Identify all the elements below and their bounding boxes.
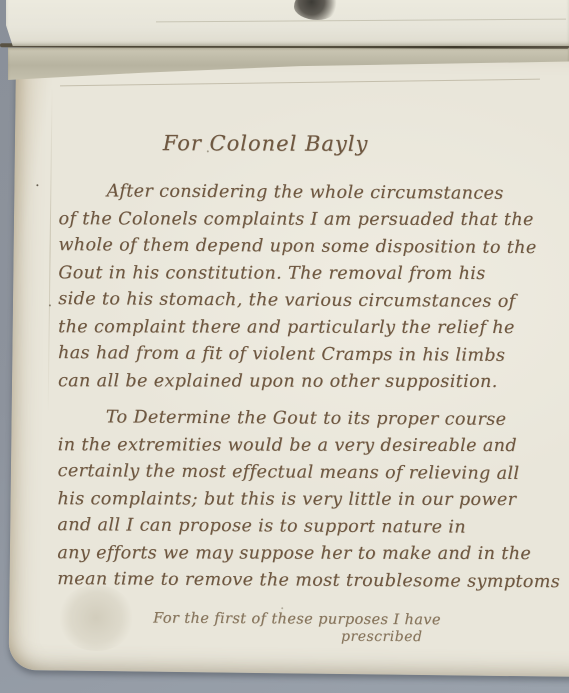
manuscript-page: For Colonel Bayly After considering the … xyxy=(8,54,569,677)
letter-line: his complaints; but this is very little … xyxy=(58,486,568,514)
letter-line: of the Colonels complaints I am persuade… xyxy=(59,206,569,234)
letter-line: Gout in his constitution. The removal fr… xyxy=(58,260,568,288)
letter-line: any efforts we may suppose her to make a… xyxy=(57,540,567,568)
letter-line: certainly the most effectual means of re… xyxy=(58,458,568,488)
manuscript-photo: For Colonel Bayly After considering the … xyxy=(0,0,569,693)
letter-paragraph-2: To Determine the Gout to its proper cour… xyxy=(57,405,568,596)
letter-line: side to his stomach, the various circums… xyxy=(58,286,568,316)
letter-body: For Colonel Bayly After considering the … xyxy=(57,131,569,646)
letter-line: mean time to remove the most troublesome… xyxy=(57,566,567,596)
letter-line: After considering the whole circumstance… xyxy=(59,178,569,208)
letter-line: To Determine the Gout to its proper cour… xyxy=(58,404,568,434)
previous-page-edge xyxy=(6,0,569,46)
letter-closing-line: For the first of these purposes I have xyxy=(153,608,567,633)
letter-line: whole of them depend upon some dispositi… xyxy=(58,232,568,262)
letter-paragraph-1: After considering the whole circumstance… xyxy=(58,179,569,397)
letter-closing: For the first of these purposes I have p… xyxy=(153,608,567,645)
letter-line: has had from a fit of violent Cramps in … xyxy=(58,340,568,370)
letter-heading: For Colonel Bayly xyxy=(163,131,569,156)
paper-crease xyxy=(48,84,53,414)
letter-line: can all be explained upon no other suppo… xyxy=(58,368,568,396)
letter-line: the complaint there and particularly the… xyxy=(58,314,568,342)
ink-blot xyxy=(294,0,338,20)
paper-specks xyxy=(36,184,38,186)
letter-line: in the extremities would be a very desir… xyxy=(58,432,568,460)
paper-crease xyxy=(156,19,566,23)
letter-line: and all I can propose is to support natu… xyxy=(57,512,567,542)
